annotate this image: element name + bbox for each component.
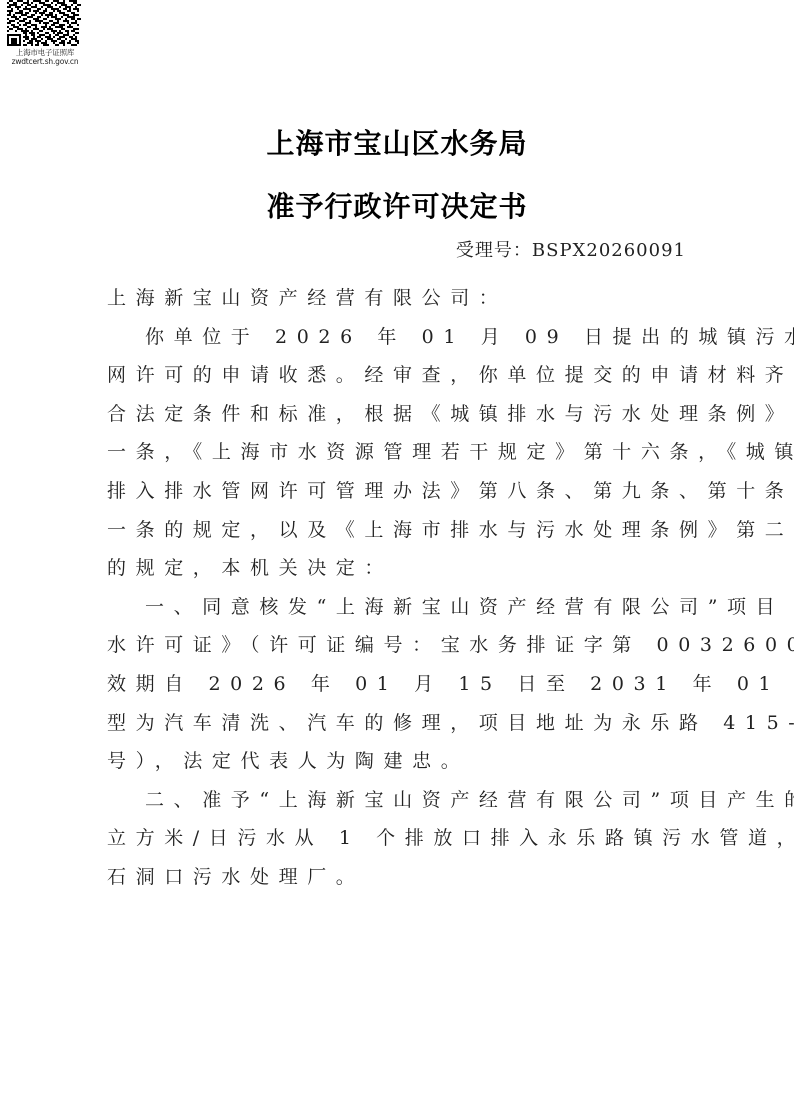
document-title: 准予行政许可决定书 [0, 185, 794, 225]
decision-item-2-line: 立方米/日污水从 1 个排放口排入永乐路镇污水管道，最终纳入 [107, 824, 697, 863]
paragraph-1-line: 网许可的申请收悉。经审查，你单位提交的申请材料齐全，符 [107, 361, 697, 400]
paragraph-1-line: 一条，《上海市水资源管理若干规定》第十六条，《城镇污水 [107, 438, 697, 477]
decision-item-2-line: 二、准予“上海新宝山资产经营有限公司”项目产生的 18 [107, 786, 697, 825]
paragraph-1-line: 你单位于 2026 年 01 月 09 日提出的城镇污水排入排水管 [107, 323, 697, 362]
paragraph-1-line: 的规定，本机关决定： [107, 554, 697, 593]
decision-item-1-line: 号），法定代表人为陶建忠。 [107, 747, 697, 786]
paragraph-1-line: 一条的规定，以及《上海市排水与污水处理条例》第二十八条 [107, 516, 697, 555]
reference-number: 受理号：BSPX20260091 [456, 236, 686, 262]
addressee: 上海新宝山资产经营有限公司： [107, 284, 697, 323]
document-body: 上海新宝山资产经营有限公司： 你单位于 2026 年 01 月 09 日提出的城… [107, 284, 697, 902]
decision-item-1-line: 水许可证》（许可证编号：宝水务排证字第 003260091 号，有 [107, 631, 697, 670]
issuing-authority-title: 上海市宝山区水务局 [0, 122, 794, 162]
e-license-stamp: 上海市电子证照库 zwdtcert.sh.gov.cn [7, 0, 83, 66]
decision-item-1-line: 一、同意核发“上海新宝山资产经营有限公司”项目《排 [107, 593, 697, 632]
decision-item-1-line: 型为汽车清洗、汽车的修理，项目地址为永乐路 415-473 号（单 [107, 709, 697, 748]
decision-item-1-line: 效期自 2026 年 01 月 15 日至 2031 年 01 月 14 日止）… [107, 670, 697, 709]
decision-item-2-line: 石洞口污水处理厂。 [107, 863, 697, 902]
qr-caption-name: 上海市电子证照库 [7, 48, 83, 57]
qr-caption-url: zwdtcert.sh.gov.cn [7, 57, 83, 66]
paragraph-1-line: 排入排水管网许可管理办法》第八条、第九条、第十条、第十 [107, 477, 697, 516]
paragraph-1-line: 合法定条件和标准，根据《城镇排水与污水处理条例》第二十 [107, 400, 697, 439]
qr-code-icon [7, 0, 81, 48]
